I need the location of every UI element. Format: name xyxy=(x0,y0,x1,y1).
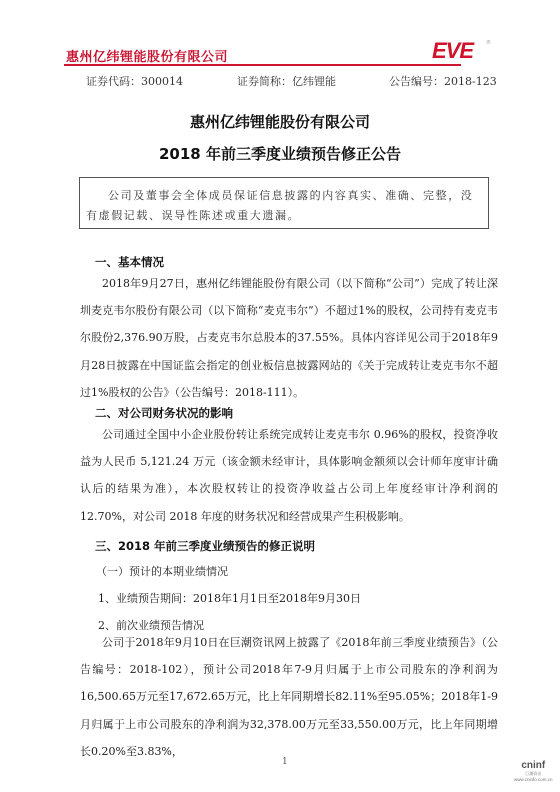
section-heading-basic: 一、基本情况 xyxy=(95,254,164,270)
section-paragraph-basic: 2018年9月27日，惠州亿纬锂能股份有限公司（以下简称“公司”）完成了转让深圳… xyxy=(80,270,498,406)
stock-code: 证券代码：300014 xyxy=(86,73,183,89)
page-number: 1 xyxy=(282,757,288,767)
section-paragraph-revision: 公司于2018年9月10日在巨潮资讯网上披露了《2018年前三季度业绩预告》（公… xyxy=(80,629,498,765)
section-heading-revision: 三、2018 年前三季度业绩预告的修正说明 xyxy=(95,538,315,554)
stock-short-name: 证券简称：亿纬锂能 xyxy=(237,73,336,89)
document-title: 2018 年前三季度业绩预告修正公告 xyxy=(0,143,560,164)
registered-mark-icon: ® xyxy=(486,40,491,46)
cninfo-logo: cninf xyxy=(514,760,553,771)
header-company-name: 惠州亿纬锂能股份有限公司 xyxy=(66,46,228,65)
sub-item-expected: （一）预计的本期业绩情况 xyxy=(96,563,228,579)
section-paragraph-impact: 公司通过全国中小企业股份转让系统完成转让麦克韦尔 0.96%的股权，投资净收益为… xyxy=(80,421,498,530)
sub-item-period: 1、业绩预告期间：2018年1月1日至2018年9月30日 xyxy=(98,590,361,606)
header-divider xyxy=(64,64,461,66)
eve-logo: EVE xyxy=(432,38,473,64)
disclaimer-box: 公司及董事会全体成员保证信息披露的内容真实、准确、完整，没有虚假记载、误导性陈述… xyxy=(79,177,489,229)
document-company-title: 惠州亿纬锂能股份有限公司 xyxy=(0,111,560,132)
announcement-number: 公告编号：2018-123 xyxy=(389,73,497,89)
section-heading-impact: 二、对公司财务状况的影响 xyxy=(95,405,233,421)
disclaimer-text: 公司及董事会全体成员保证信息披露的内容真实、准确、完整，没有虚假记载、误导性陈述… xyxy=(86,186,482,226)
cninfo-watermark: cninf 巨潮资讯 www.cninfo.com.cn xyxy=(514,760,553,782)
cninfo-url: www.cninfo.com.cn xyxy=(514,777,553,782)
